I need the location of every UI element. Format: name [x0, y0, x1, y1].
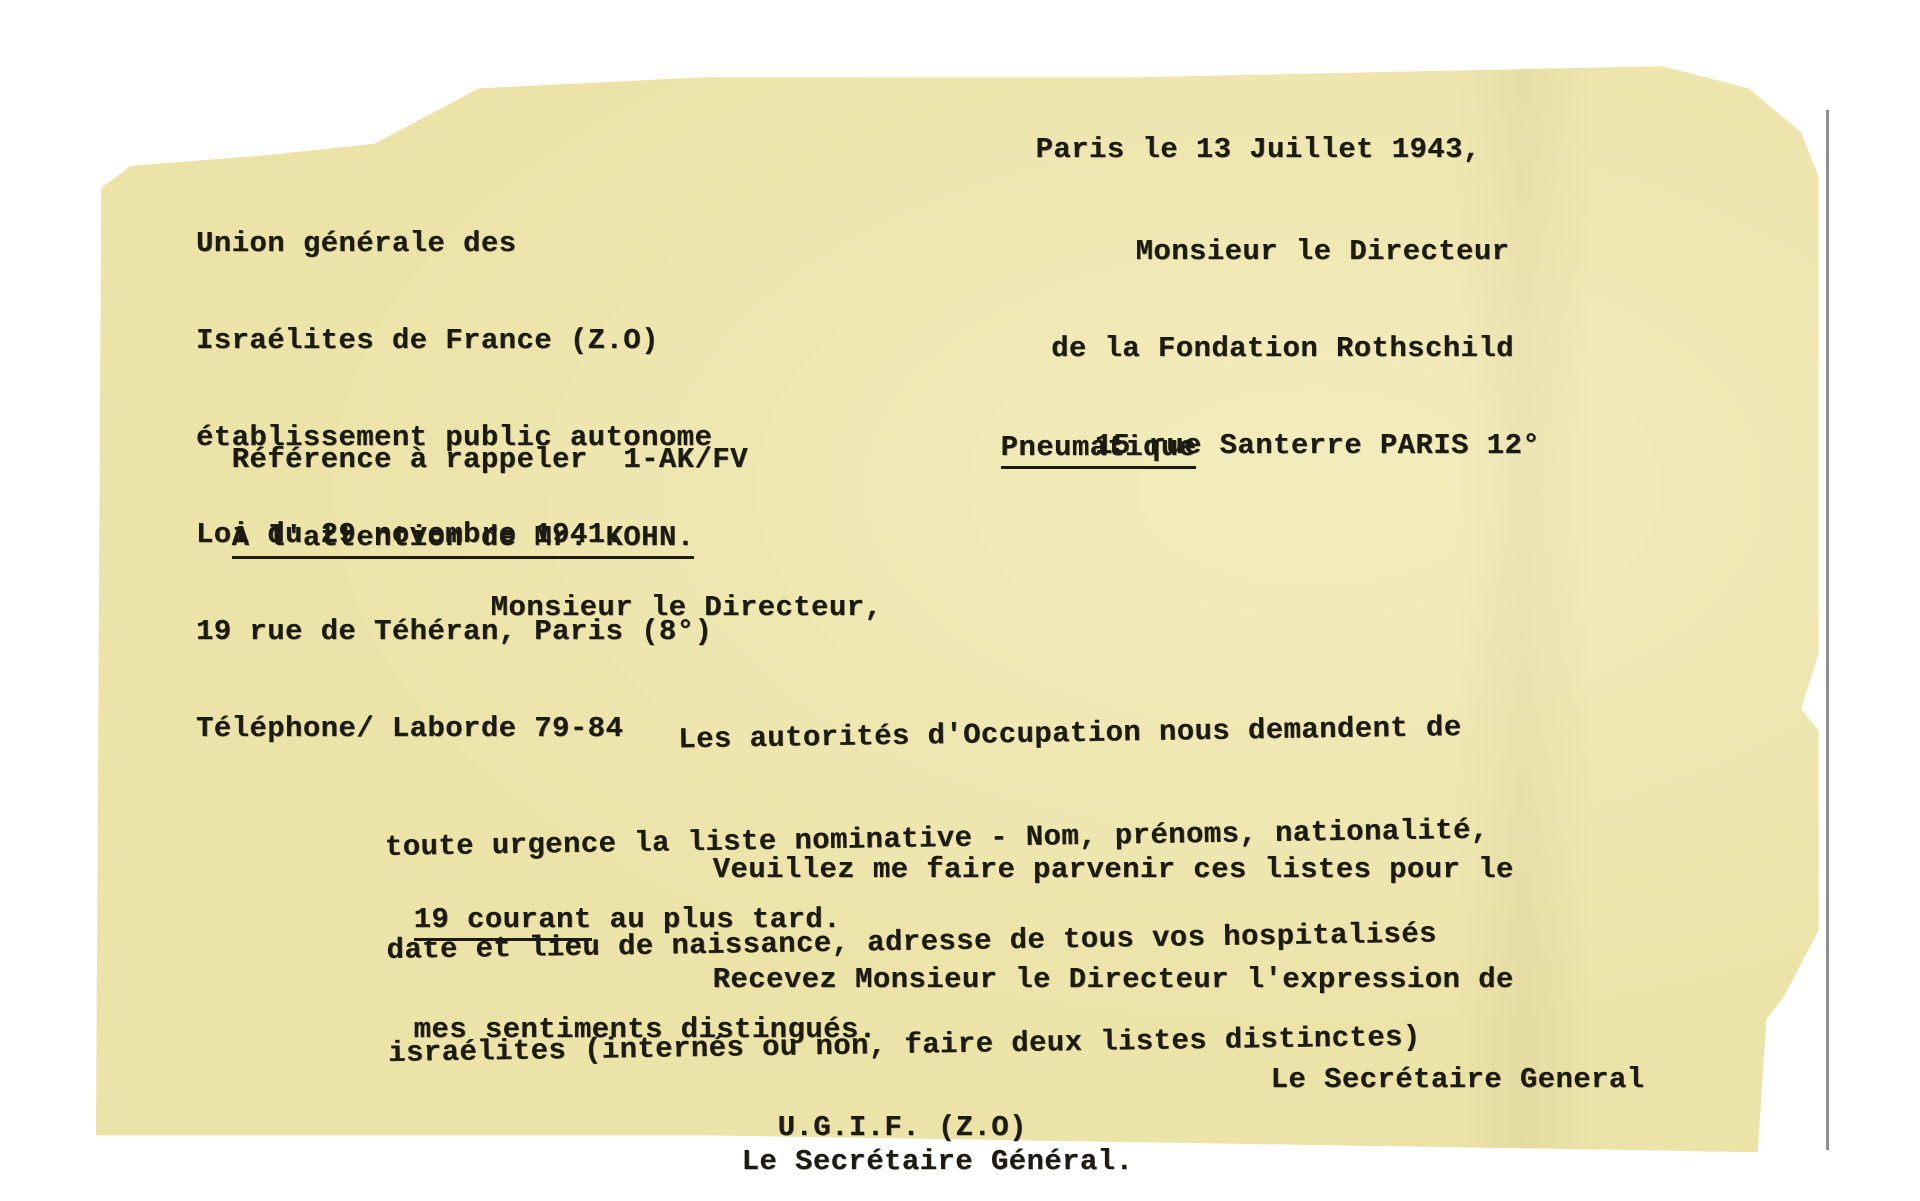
signature-title: Le Secrétaire General — [1235, 1030, 1644, 1096]
closing-text: mes sentiments distingués. — [414, 1013, 877, 1046]
recipient-line: Monsieur le Directeur — [1025, 236, 1540, 267]
recipient-line: de la Fondation Rothschild — [1025, 333, 1540, 364]
stamp-text: Le Secrétaire Général. — [742, 1145, 1134, 1178]
sender-line: Union générale des — [196, 228, 712, 259]
deadline-line: 19 courant au plus tard. — [378, 870, 841, 936]
attention-text: A l'attention de Mr. KOHN. — [232, 521, 695, 559]
paper-edge-shadow — [1826, 110, 1829, 1150]
stamp-line-2: Le Secrétaire Général. — [706, 1112, 1133, 1178]
attention-line: A l'attention de Mr. KOHN. — [196, 488, 694, 554]
reference-line: Référence à rappeler 1-AK/FV — [196, 410, 748, 476]
salutation: Monsieur le Directeur, — [455, 558, 882, 624]
deadline-text: 19 courant — [414, 903, 592, 941]
delivery-method: Pneumatique — [965, 398, 1196, 464]
body-line: Les autorités d'Occupation nous demanden… — [383, 709, 1487, 763]
date-line: Paris le 13 Juillet 1943, — [1000, 100, 1481, 166]
date-text: Paris le 13 Juillet 1943, — [1036, 133, 1481, 166]
sender-line: Israélites de France (Z.O) — [196, 325, 712, 356]
signature-title-text: Le Secrétaire General — [1271, 1063, 1645, 1096]
salutation-text: Monsieur le Directeur, — [491, 591, 883, 624]
reference-text: Référence à rappeler 1-AK/FV — [232, 443, 748, 476]
delivery-method-text: Pneumatique — [1001, 431, 1197, 469]
closing-line-2: mes sentiments distingués. — [378, 980, 876, 1046]
